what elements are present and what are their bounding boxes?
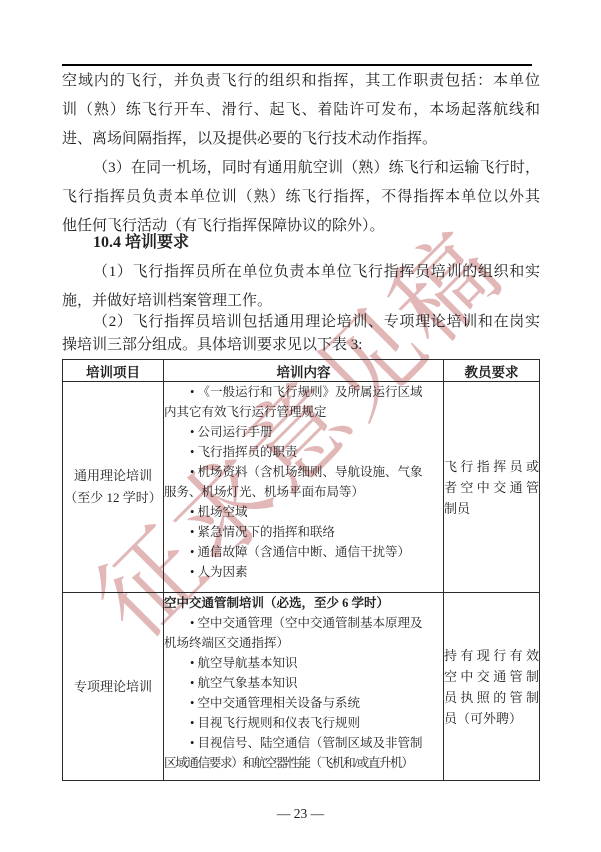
text-line: • 空中交通管理（空中交通管制基本原理及 — [164, 613, 443, 633]
cell-training-item: 通用理论培训（至少 12 学时） — [63, 382, 164, 593]
text-line: 通用理论培训 — [63, 465, 163, 487]
text-line: 进、离场间隔指挥，以及提供必要的飞行技术动作指挥。 — [62, 125, 540, 154]
text-line: 内其它有效飞行运行管理规定 — [164, 402, 443, 422]
table-row-general-theory: 通用理论培训（至少 12 学时） • 《一般运行和飞行规则》及所属运行区域内其它… — [63, 382, 540, 593]
document-page: 征求意见稿 空域内的飞行，并负责飞行的组织和指挥，其工作职责包括：本单位训（熟）… — [0, 0, 601, 852]
section-heading: 10.4 培训要求 — [93, 230, 189, 256]
paragraph-req-1: （1）飞行指挥员所在单位负责本单位飞行指挥员培训的组织和实施，并做好培训档案管理… — [62, 258, 540, 316]
text-line: 员（可外聘） — [444, 708, 539, 729]
text-line: • 通信故障（含通信中断、通信干扰等） — [164, 542, 443, 562]
text-line: 飞行指挥员负责本单位训（熟）练飞行指挥，不得指挥本单位以外其 — [62, 183, 540, 212]
paragraph-req-2: （2）飞行指挥员培训包括通用理论培训、专项理论培训和在岗实操培训三部分组成。具体… — [62, 311, 540, 357]
table-row-special-theory: 专项理论培训 空中交通管制培训（必选，至少 6 学时）• 空中交通管理（空中交通… — [63, 593, 540, 781]
page-number: — 23 — — [0, 806, 601, 822]
text-line: （至少 12 学时） — [63, 487, 163, 509]
text-line: 者空中交通管 — [444, 477, 539, 498]
text-line: 服务、机场灯光、机场平面布局等） — [164, 482, 443, 502]
text-line: • 目视信号、陆空通信（管制区域及非管制 — [164, 733, 443, 753]
text-line: 空中交通管制培训（必选，至少 6 学时） — [164, 593, 443, 613]
text-line: 操培训三部分组成。具体培训要求见以下表 3: — [62, 334, 540, 357]
text-line: 专项理论培训 — [63, 676, 163, 698]
text-line: 训（熟）练飞行开车、滑行、起飞、着陆许可发布，本场起落航线和 — [62, 96, 540, 125]
column-header-teacher-requirement: 教员要求 — [444, 360, 540, 382]
table-header-row: 培训项目 培训内容 教员要求 — [63, 360, 540, 382]
text-line: • 人为因素 — [164, 562, 443, 582]
cell-training-item: 专项理论培训 — [63, 593, 164, 781]
text-line: 员执照的管制 — [444, 687, 539, 708]
cell-training-content: 空中交通管制培训（必选，至少 6 学时）• 空中交通管理（空中交通管制基本原理及… — [164, 593, 444, 781]
paragraph-item-3: （3）在同一机场，同时有通用航空训（熟）练飞行和运输飞行时，飞行指挥员负责本单位… — [62, 154, 540, 241]
text-line: • 空中交通管理相关设备与系统 — [164, 693, 443, 713]
cell-teacher-requirement: 飞行指挥员或者空中交通管制员 — [444, 382, 540, 593]
text-line: （2）飞行指挥员培训包括通用理论培训、专项理论培训和在岗实 — [62, 311, 540, 334]
text-line: • 机场空域 — [164, 502, 443, 522]
text-line: • 机场资料（含机场细则、导航设施、气象 — [164, 462, 443, 482]
paragraph-continuation: 空域内的飞行，并负责飞行的组织和指挥，其工作职责包括：本单位训（熟）练飞行开车、… — [62, 67, 540, 154]
text-line: • 飞行指挥员的职责 — [164, 442, 443, 462]
text-line: • 公司运行手册 — [164, 422, 443, 442]
header-rule — [62, 64, 532, 66]
column-header-training-content: 培训内容 — [164, 360, 444, 382]
text-line: 机场终端区交通指挥） — [164, 633, 443, 653]
text-line: （3）在同一机场，同时有通用航空训（熟）练飞行和运输飞行时， — [62, 154, 540, 183]
training-requirements-table: 培训项目 培训内容 教员要求 通用理论培训（至少 12 学时） • 《一般运行和… — [62, 359, 540, 781]
text-line: 持有现行有效 — [444, 645, 539, 666]
cell-teacher-requirement: 持有现行有效空中交通管制员执照的管制员（可外聘） — [444, 593, 540, 781]
cell-training-content: • 《一般运行和飞行规则》及所属运行区域内其它有效飞行运行管理规定• 公司运行手… — [164, 382, 444, 593]
text-line: • 《一般运行和飞行规则》及所属运行区域 — [164, 382, 443, 402]
column-header-training-item: 培训项目 — [63, 360, 164, 382]
text-line: 飞行指挥员或 — [444, 456, 539, 477]
text-line: 空中交通管制 — [444, 666, 539, 687]
text-line: 区域通信要求）和航空器性能（飞机和/或直升机） — [164, 753, 443, 773]
text-line: 空域内的飞行，并负责飞行的组织和指挥，其工作职责包括：本单位 — [62, 67, 540, 96]
text-line: • 航空导航基本知识 — [164, 653, 443, 673]
text-line: • 目视飞行规则和仪表飞行规则 — [164, 713, 443, 733]
text-line: • 航空气象基本知识 — [164, 673, 443, 693]
text-line: • 紧急情况下的指挥和联络 — [164, 522, 443, 542]
text-line: 制员 — [444, 498, 539, 519]
text-line: （1）飞行指挥员所在单位负责本单位飞行指挥员培训的组织和实 — [62, 258, 540, 287]
